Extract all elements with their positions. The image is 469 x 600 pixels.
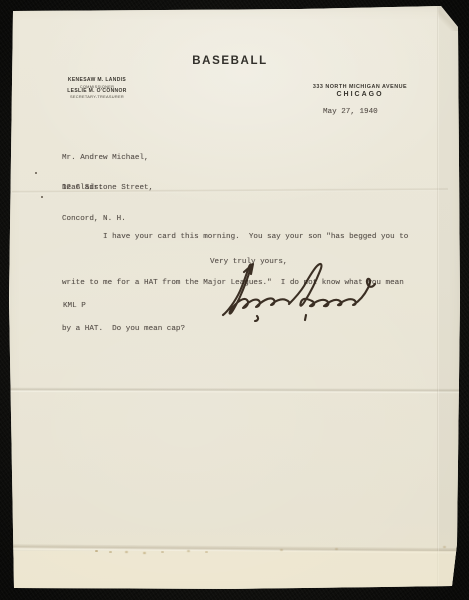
typist-initials: KML P xyxy=(63,301,86,311)
body-line: I have your card this morning. You say y… xyxy=(62,230,408,245)
letter-paper: BASEBALL KENESAW M. LANDIS COMMISSIONER … xyxy=(0,0,469,600)
paper-speck xyxy=(41,196,43,198)
right-edge-shading xyxy=(439,6,460,586)
body-line: by a HAT. Do you mean cap? xyxy=(62,322,408,337)
photo-of-letter: { "photo": { "background_color": "#14141… xyxy=(0,0,469,600)
city: CHICAGO xyxy=(298,91,422,99)
letterhead-address: 333 NORTH MICHIGAN AVENUE CHICAGO xyxy=(298,84,422,99)
kenesaw-landis-signature xyxy=(213,258,381,322)
toning-stains xyxy=(95,550,98,552)
letterhead-title: BASEBALL xyxy=(150,55,310,67)
street-address: 333 NORTH MICHIGAN AVENUE xyxy=(298,84,422,91)
secretary-title: SECRETARY-TREASURER xyxy=(55,94,139,99)
letter-date: May 27, 1940 xyxy=(323,107,378,117)
salutation: Dear Sir: xyxy=(62,183,103,193)
fold-crease-middle xyxy=(10,387,460,393)
letterhead-officials: KENESAW M. LANDIS COMMISSIONER LESLIE M.… xyxy=(55,78,139,100)
bottom-fold-panel xyxy=(9,551,460,588)
top-right-corner-fold xyxy=(438,5,462,31)
recipient-name: Mr. Andrew Michael, xyxy=(62,153,153,163)
paper-speck xyxy=(35,172,37,174)
